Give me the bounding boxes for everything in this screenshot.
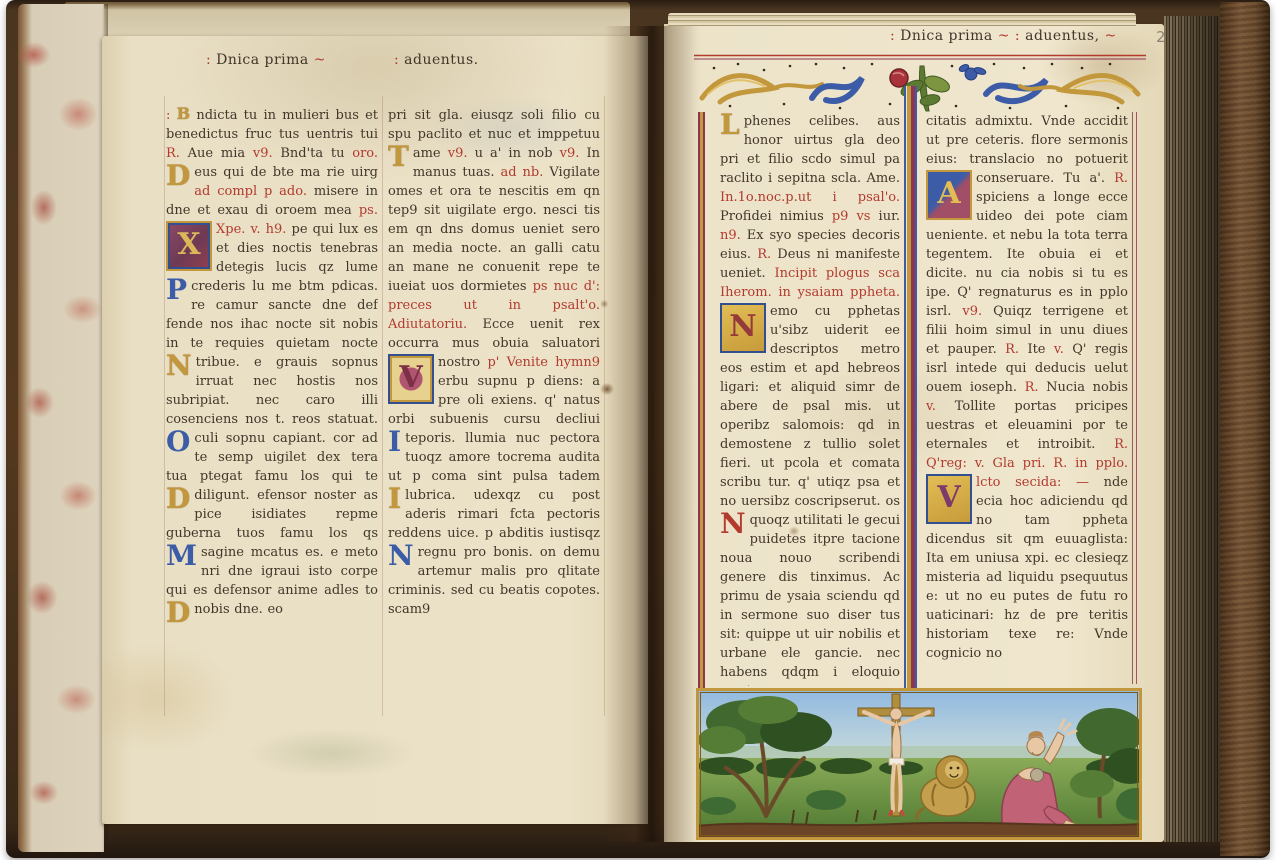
right-page-column-2: citatis admixtu. Vnde accidit ut pre cet…	[926, 112, 1128, 686]
left-running-header: : Dnica prima ~	[206, 52, 326, 68]
blue-ribbon-left	[812, 78, 862, 101]
right-running-header: : Dnica prima ~ : aduentus, ~	[890, 28, 1117, 44]
left-bar-border	[698, 112, 705, 688]
manuscript-book: : Dnica prima ~ : aduentus. : B ndicta t…	[6, 0, 1270, 858]
left-running-header-2: : aduentus.	[394, 52, 479, 68]
red-flower	[890, 69, 908, 87]
floral-border-band	[694, 54, 1146, 112]
back-board-edge	[64, 2, 630, 40]
underlying-page-edges	[106, 820, 648, 848]
right-leather-cover	[1220, 2, 1270, 856]
stacked-page-edges-top	[668, 13, 1136, 26]
blue-ribbon-right	[986, 80, 1046, 101]
left-page: : Dnica prima ~ : aduentus. : B ndicta t…	[102, 36, 648, 824]
marbled-endpaper	[18, 4, 104, 852]
fore-edge	[1164, 16, 1222, 842]
miniature-st-jerome	[696, 688, 1142, 840]
ruling-line	[604, 96, 605, 716]
gold-acanthus-left	[702, 76, 822, 102]
ruling-line	[382, 96, 383, 716]
right-ruling	[1132, 112, 1137, 684]
right-page: : Dnica prima ~ : aduentus, ~	[664, 24, 1164, 842]
miniature-art	[696, 688, 1142, 840]
left-page-column-2: pri sit gla. eiusqz soli filio cu spu pa…	[388, 106, 600, 698]
right-page-column-1: phenes celibes. L aus honor uirtus gla d…	[720, 112, 900, 686]
blue-flower	[958, 63, 986, 80]
ruling-line	[164, 96, 165, 716]
left-page-column-1: : B ndicta tu in mulieri bus et benedict…	[166, 106, 378, 698]
folio-number: 2	[1156, 28, 1166, 46]
intercolumn-bar-border	[904, 86, 917, 688]
gold-acanthus-right	[1020, 75, 1138, 102]
floral-border-art	[694, 54, 1146, 112]
